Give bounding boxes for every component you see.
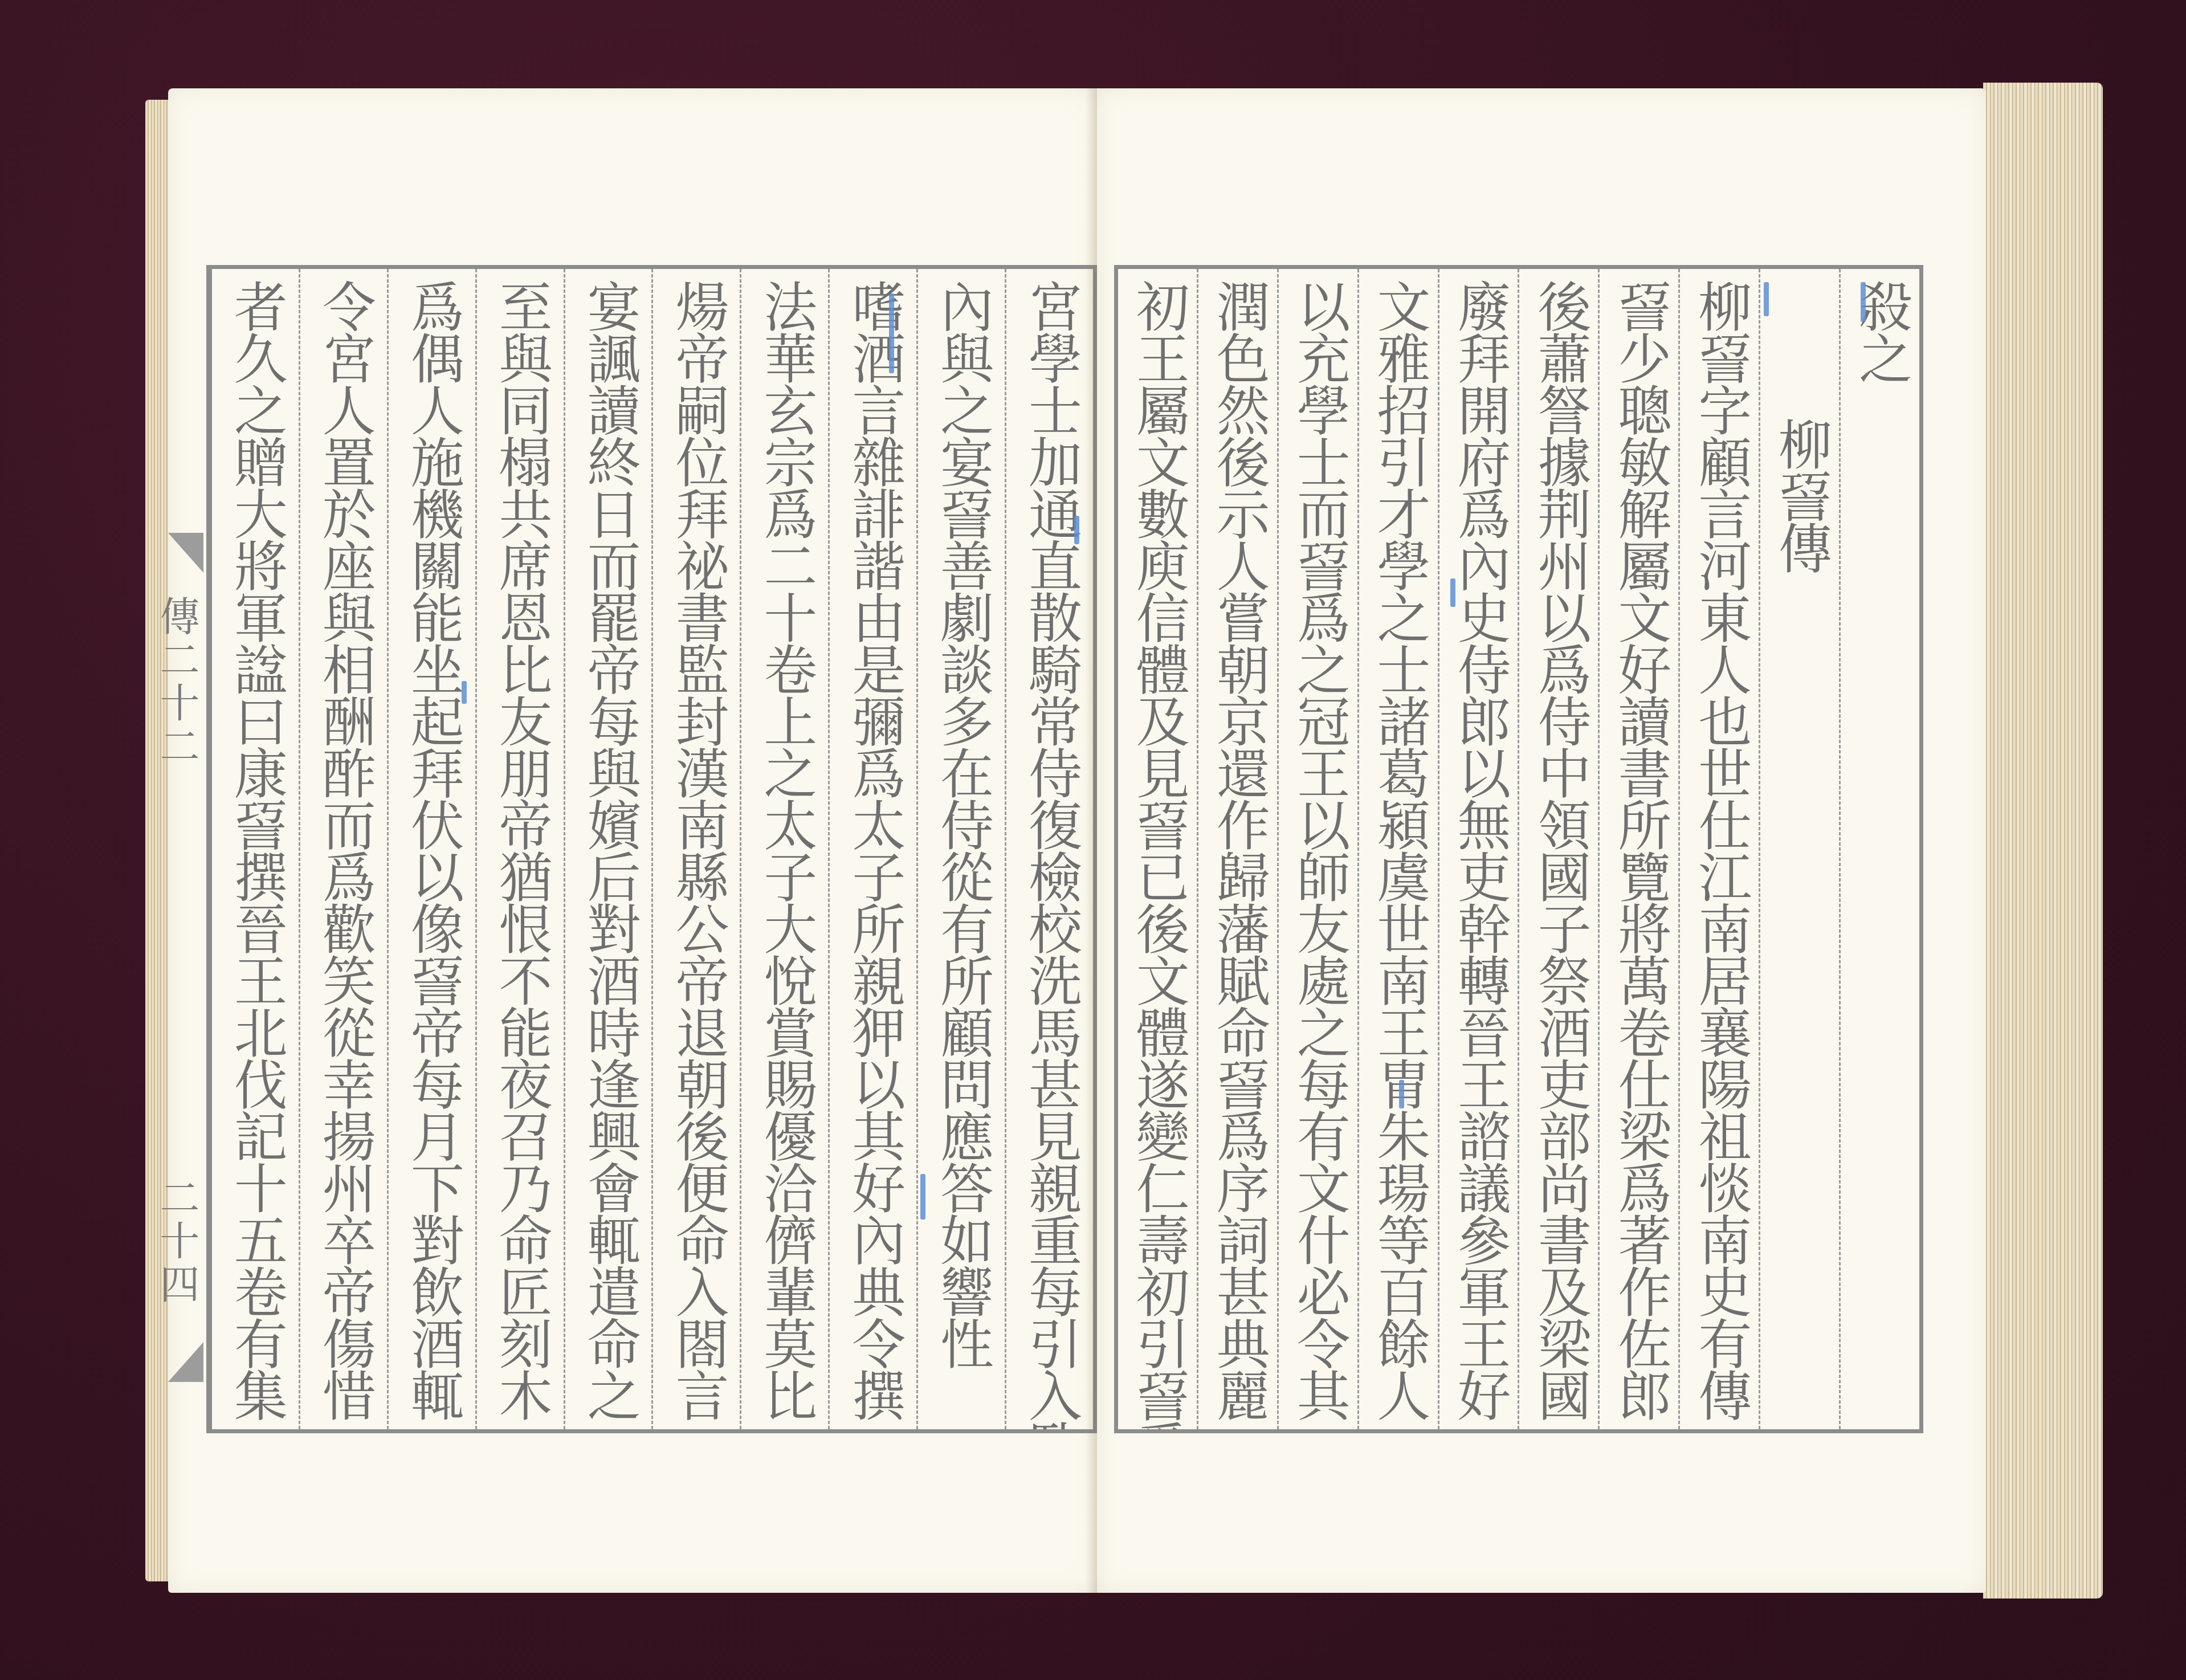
- text-column: 柳䛒字顧言河東人也世仕江南居襄陽祖惔南史有傳: [1678, 269, 1759, 1429]
- text-column: 潤色然後示人嘗朝京還作歸藩賦命䛒爲序詞甚典麗: [1197, 269, 1277, 1429]
- text-column: 爲偶人施機關能坐起拜伏以像䛒帝每月下對飲酒輒: [387, 269, 475, 1429]
- text-column: 嗜酒言雜誹諧由是彌爲太子所親狎以其好內典令撰: [828, 269, 916, 1429]
- annotation-mark: [889, 293, 894, 373]
- left-page: 傳二十二 二十四 宮學士加通直散騎常侍復檢校洗馬甚見親重每引入卧 內與之宴䛒善劇…: [168, 88, 1097, 1593]
- annotation-mark: [1450, 578, 1455, 607]
- fishtail-top-icon: [168, 533, 203, 573]
- text-column: 令宮人置於座與相酬酢而爲歡笑從幸揚州卒帝傷惜: [299, 269, 387, 1429]
- text-column: 宮學士加通直散騎常侍復檢校洗馬甚見親重每引入卧: [1005, 269, 1093, 1429]
- open-book: 傳二十二 二十四 宮學士加通直散騎常侍復檢校洗馬甚見親重每引入卧 內與之宴䛒善劇…: [145, 77, 2106, 1604]
- fishtail-bottom-icon: [168, 1342, 203, 1382]
- annotation-mark: [1074, 516, 1079, 544]
- text-column: 內與之宴䛒善劇談多在侍從有所顧問應答如響性: [916, 269, 1005, 1429]
- left-banxin-margin: 傳二十二 二十四: [168, 265, 210, 1433]
- left-text-columns: 宮學士加通直散騎常侍復檢校洗馬甚見親重每引入卧 內與之宴䛒善劇談多在侍從有所顧問…: [212, 269, 1093, 1429]
- right-page: 殺之 柳䛒傳 柳䛒字顧言河東人也世仕江南居襄陽祖惔南史有傳 䛒少聰敏解屬文好讀書…: [1097, 88, 1986, 1593]
- text-column: 䛒少聰敏解屬文好讀書所覽將萬卷仕梁爲著作佐郎: [1598, 269, 1678, 1429]
- text-column: 至與同榻共席恩比友朋帝猶恨不能夜召乃命匠刻木: [475, 269, 564, 1429]
- text-column: 文雅招引才學之士諸葛潁虞世南王胄朱瑒等百餘人: [1357, 269, 1438, 1429]
- right-text-columns: 殺之 柳䛒傳 柳䛒字顧言河東人也世仕江南居襄陽祖惔南史有傳 䛒少聰敏解屬文好讀書…: [1118, 269, 1919, 1429]
- text-column: 後蕭詧據荆州以爲侍中領國子祭酒吏部尚書及梁國: [1518, 269, 1598, 1429]
- carryover-column: 殺之: [1839, 269, 1919, 1429]
- page-stack-right-edge: [1983, 83, 2103, 1599]
- text-column: 法華玄宗爲二十卷上之太子大悅賞賜優洽儕輩莫比: [740, 269, 828, 1429]
- section-title: 柳䛒傳: [1759, 269, 1839, 1429]
- text-column: 煬帝嗣位拜祕書監封漢南縣公帝退朝後便命入閤言: [651, 269, 740, 1429]
- annotation-mark: [920, 1174, 925, 1220]
- annotation-mark: [462, 681, 467, 704]
- right-text-frame: 殺之 柳䛒傳 柳䛒字顧言河東人也世仕江南居襄陽祖惔南史有傳 䛒少聰敏解屬文好讀書…: [1114, 265, 1923, 1433]
- annotation-mark: [1764, 282, 1769, 316]
- annotation-mark: [1861, 282, 1866, 322]
- left-text-frame: 宮學士加通直散騎常侍復檢校洗馬甚見親重每引入卧 內與之宴䛒善劇談多在侍從有所顧問…: [208, 265, 1097, 1433]
- banxin-chapter-label: 傳二十二: [172, 596, 206, 769]
- annotation-mark: [1399, 1080, 1404, 1108]
- text-column: 宴諷讀終日而罷帝每與嬪后對酒時逢興會輒遣命之: [564, 269, 652, 1429]
- text-column: 者久之贈大將軍諡曰康䛒撰晉王北伐記十五卷有集: [212, 269, 299, 1429]
- text-column: 以充學士而䛒爲之冠王以師友處之每有文什必令其: [1277, 269, 1357, 1429]
- text-column: 廢拜開府爲內史侍郎以無吏幹轉晉王諮議參軍王好: [1438, 269, 1518, 1429]
- text-column: 初王屬文數庾信體及見䛒已後文體遂變仁壽初引䛒爲東: [1118, 269, 1197, 1429]
- banxin-page-number: 二十四: [172, 1177, 206, 1307]
